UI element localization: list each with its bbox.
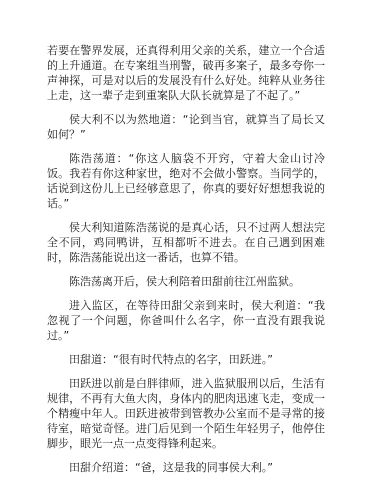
paragraph-6: 进入监区，在等待田甜父亲到来时，侯大利道：“我忽视了一个问题，你爸叫什么名字，你… xyxy=(47,298,325,343)
paragraph-4: 侯大利知道陈浩荡说的是真心话，只不过两人想法完全不同，鸡同鸭讲，互相都听不进去。… xyxy=(47,220,325,265)
paragraph-8: 田跃进以前是白胖律师，进入监狱服刑以后，生活有规律，不再有大鱼大肉，身体内的肥肉… xyxy=(47,376,325,451)
paragraph-3: 陈浩荡道：“你这人脑袋不开窍，守着大金山讨冷饭。我若有你这种家世，绝对不会做小警… xyxy=(47,151,325,211)
paragraph-1: 若要在警界发展，还真得利用父亲的关系，建立一个合适的上升通道。在专案组当刑警，破… xyxy=(47,43,325,103)
paragraph-2: 侯大利不以为然地道：“论到当官，就算当了局长又如何？” xyxy=(47,112,325,142)
paragraph-7: 田甜道：“很有时代特点的名字，田跃进。” xyxy=(47,352,325,367)
paragraph-9: 田甜介绍道：“爸，这是我的同事侯大利。” xyxy=(47,460,325,475)
document-page: 若要在警界发展，还真得利用父亲的关系，建立一个合适的上升通道。在专案组当刑警，破… xyxy=(47,43,325,480)
paragraph-5: 陈浩荡离开后，侯大利陪着田甜前往江州监狱。 xyxy=(47,274,325,289)
